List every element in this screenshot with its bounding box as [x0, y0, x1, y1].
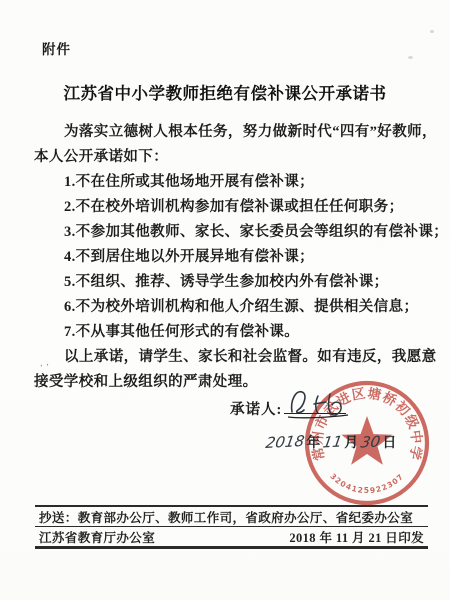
document-title: 江苏省中小学教师拒绝有偿补课公开承诺书: [0, 80, 450, 104]
commitment-item-4: 4.不到居住地以外开展异地有偿补课；: [34, 245, 434, 270]
issuer-office: 江苏省教育厅办公室: [39, 528, 155, 546]
scanned-document-page: 附件 江苏省中小学教师拒绝有偿补课公开承诺书 为落实立德树人根本任务，努力做新时…: [0, 0, 450, 600]
footer-rule-bottom: [35, 546, 428, 548]
body-line: 为落实立德树人根本任务，努力做新时代“四有”好教师，: [34, 120, 434, 145]
date-year-digits: 2018: [264, 432, 305, 452]
handwritten-signature: [284, 386, 358, 422]
date-year-char: 年: [306, 432, 321, 452]
date-day-char: 日: [382, 432, 397, 452]
commitment-item-3: 3.不参加其他教师、家长、家长委员会等组织的有偿补课；: [34, 220, 434, 245]
commitment-item-7: 7.不从事其他任何形式的有偿补课。: [34, 320, 434, 345]
date-month-char: 月: [344, 432, 359, 452]
print-date: 2018 年 11 月 21 日印发: [289, 528, 424, 546]
scan-speck: [430, 30, 434, 33]
commitment-item-5: 5.不组织、推荐、诱导学生参加校内外有偿补课；: [34, 270, 434, 295]
seal-code-digits: 3204125922307: [328, 472, 405, 495]
handwritten-date: 2018年11月30日: [266, 432, 399, 452]
body-line: 以上承诺，请学生、家长和社会监督。如有违反，我愿意: [34, 345, 434, 370]
date-month-digits: 11: [322, 433, 344, 452]
svg-text:3204125922307: 3204125922307: [328, 472, 405, 495]
commitment-item-6: 6.不为校外培训机构和他人介绍生源、提供相关信息；: [34, 295, 434, 320]
pen-stray-marks: ’’: [39, 361, 54, 373]
scan-speck: [408, 56, 413, 59]
body-line: 本人公开承诺如下：: [34, 145, 434, 170]
commitment-item-2: 2.不在校外培训机构参加有偿补课或担任任何职务；: [34, 195, 434, 220]
commitment-item-1: 1.不在住所或其他场地开展有偿补课；: [34, 170, 434, 195]
signer-label: 承诺人:: [230, 402, 282, 418]
attachment-label: 附件: [42, 38, 71, 58]
document-body: 为落实立德树人根本任务，努力做新时代“四有”好教师， 本人公开承诺如下： 1.不…: [34, 120, 434, 395]
date-day-digits: 30: [360, 433, 382, 452]
